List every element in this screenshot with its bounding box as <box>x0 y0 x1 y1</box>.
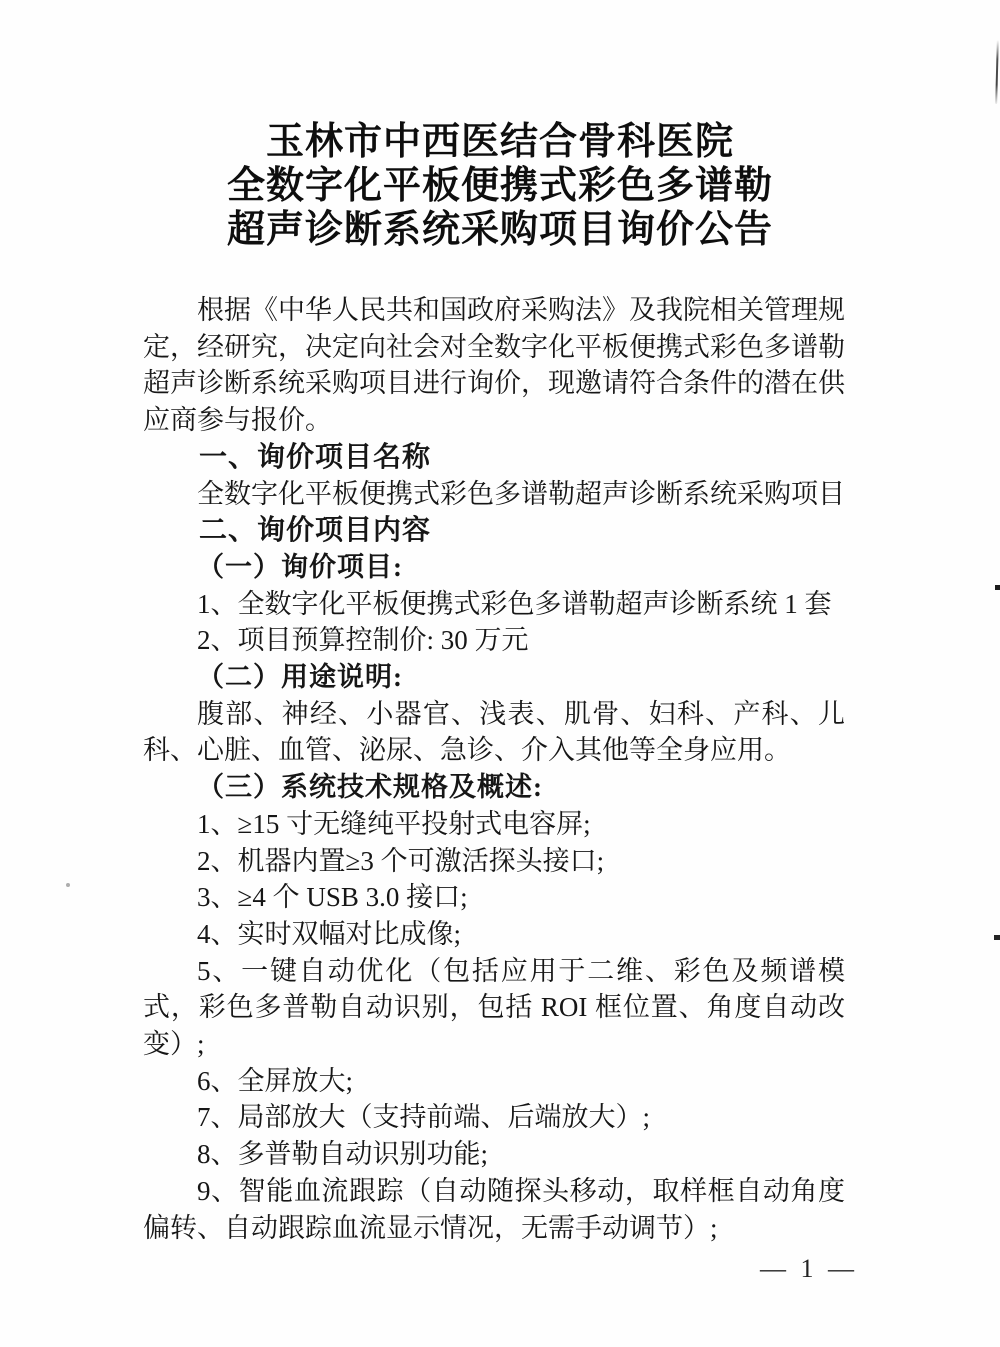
usage-description-text: 腹部、神经、小器官、浅表、肌骨、妇科、产科、儿科、心脏、血管、泌尿、急诊、介入其… <box>143 696 845 769</box>
spec-item-6: 6、全屏放大; <box>143 1063 845 1100</box>
section-1-text: 全数字化平板便携式彩色多谱勒超声诊断系统采购项目 <box>143 476 845 513</box>
subsection-1-heading: （一）询价项目: <box>143 549 845 586</box>
scan-artifact-speck-right-lower <box>994 935 1000 940</box>
spec-item-7: 7、局部放大（支持前端、后端放大）; <box>143 1099 845 1136</box>
inquiry-item-2-budget: 2、项目预算控制价: 30 万元 <box>143 622 845 659</box>
title-line-hospital: 玉林市中西医结合骨科医院 <box>0 120 1000 164</box>
scan-artifact-dot-left-upper <box>66 883 70 887</box>
spec-item-1: 1、≥15 寸无缝纯平投射式电容屏; <box>143 806 845 843</box>
section-2-heading: 二、询价项目内容 <box>143 512 845 549</box>
intro-paragraph: 根据《中华人民共和国政府采购法》及我院相关管理规定，经研究，决定向社会对全数字化… <box>143 292 845 439</box>
document-body: 根据《中华人民共和国政府采购法》及我院相关管理规定，经研究，决定向社会对全数字化… <box>143 292 845 1246</box>
subsection-3-heading: （三）系统技术规格及概述: <box>143 769 845 806</box>
spec-item-9: 9、智能血流跟踪（自动随探头移动，取样框自动角度偏转、自动跟踪血流显示情况，无需… <box>143 1173 845 1246</box>
subsection-2-heading: （二）用途说明: <box>143 659 845 696</box>
document-title: 玉林市中西医结合骨科医院 全数字化平板便携式彩色多谱勒 超声诊断系统采购项目询价… <box>0 0 1000 252</box>
title-line-equipment: 全数字化平板便携式彩色多谱勒 <box>0 164 1000 208</box>
section-1-heading: 一、询价项目名称 <box>143 439 845 476</box>
page-number: — 1 — <box>760 1254 858 1284</box>
spec-item-4: 4、实时双幅对比成像; <box>143 916 845 953</box>
document-page: 玉林市中西医结合骨科医院 全数字化平板便携式彩色多谱勒 超声诊断系统采购项目询价… <box>0 0 1000 1347</box>
title-line-announcement: 超声诊断系统采购项目询价公告 <box>0 208 1000 252</box>
inquiry-item-1: 1、全数字化平板便携式彩色多谱勒超声诊断系统 1 套 <box>143 586 845 623</box>
scan-artifact-speck-right-upper <box>995 585 1000 590</box>
spec-item-2: 2、机器内置≥3 个可激活探头接口; <box>143 843 845 880</box>
spec-item-5: 5、一键自动优化（包括应用于二维、彩色及频谱模式，彩色多普勒自动识别，包括 RO… <box>143 953 845 1063</box>
spec-item-3: 3、≥4 个 USB 3.0 接口; <box>143 879 845 916</box>
spec-item-8: 8、多普勒自动识别功能; <box>143 1136 845 1173</box>
